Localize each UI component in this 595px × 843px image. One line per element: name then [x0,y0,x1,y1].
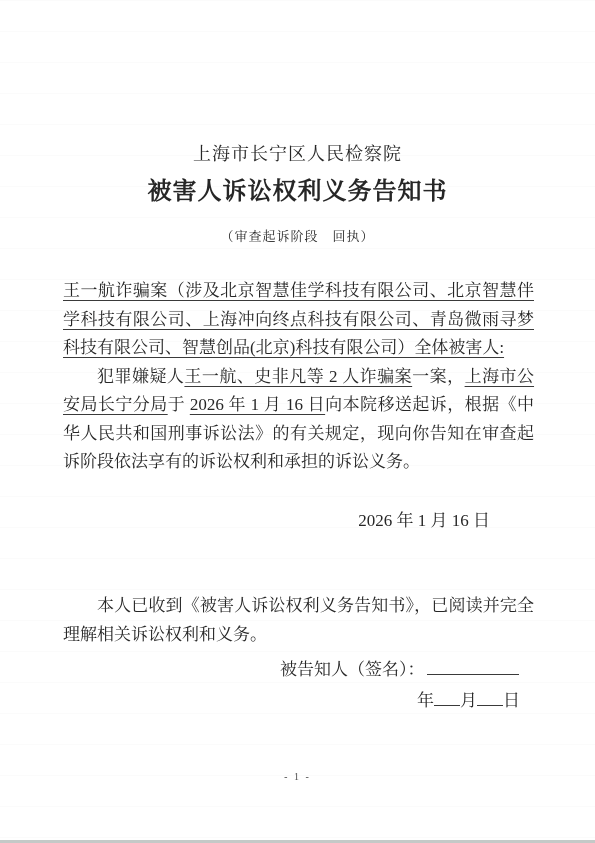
notice-prefix: 犯罪嫌疑人 [97,367,184,386]
notification-document-page: 上海市长宁区人民检察院 被害人诉讼权利义务告知书 （审查起诉阶段 回执） 王一航… [0,0,595,843]
signature-blank-field [427,658,519,675]
signature-line: 被告知人（签名）： [280,655,519,680]
case-name: 王一航、史非凡等 2 人诈骗案 [184,367,412,386]
month-blank-field [477,689,503,706]
issue-date: 2026 年 1 月 16 日 [0,506,595,531]
sign-date-line: 年月日 [417,686,520,711]
transfer-date: 2026 年 1 月 16 日 [190,395,325,414]
page-number: - 1 - [0,772,595,783]
document-title: 被害人诉讼权利义务告知书 [0,171,595,206]
notice-mid2: 于 [168,395,190,414]
notice-mid1: 一案， [412,367,464,386]
notice-paragraph: 犯罪嫌疑人王一航、史非凡等 2 人诈骗案一案，上海市公安局长宁分局于 2026 … [63,363,534,477]
addressee-paragraph: 王一航诈骗案（涉及北京智慧佳学科技有限公司、北京智慧伴学科技有限公司、上海冲向终… [63,277,534,363]
issuing-court-name: 上海市长宁区人民检察院 [0,140,595,166]
month-label: 月 [460,691,477,710]
stage-subtitle: （审查起诉阶段 回执） [0,226,595,245]
receipt-statement: 本人已收到《被害人诉讼权利义务告知书》，已阅读并完全理解相关诉讼权利和义务。 [63,592,534,649]
year-label: 年 [417,691,434,710]
receipt-section: 本人已收到《被害人诉讼权利义务告知书》，已阅读并完全理解相关诉讼权利和义务。 [63,592,534,649]
day-label: 日 [503,691,520,710]
document-body: 王一航诈骗案（涉及北京智慧佳学科技有限公司、北京智慧伴学科技有限公司、上海冲向终… [63,277,534,477]
signature-label: 被告知人（签名）： [280,660,425,679]
year-blank-field [434,689,460,706]
